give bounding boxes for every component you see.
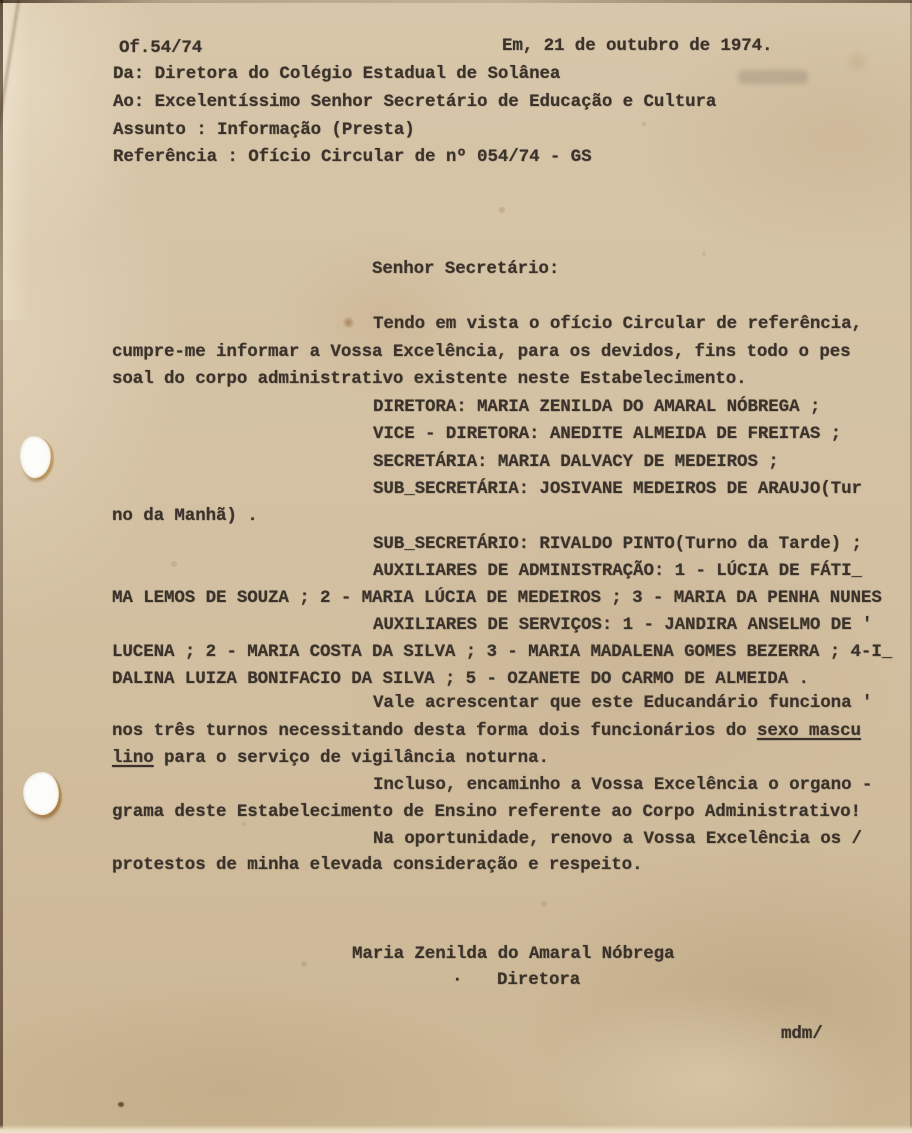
scan-edge-bottom: [0, 1125, 912, 1133]
punch-hole-bottom: [21, 771, 61, 817]
paragraph4-line1: Na oportunidade, renovo a Vossa Excelênc…: [373, 829, 862, 850]
dirt-speck: [118, 1102, 124, 1107]
header-doc-number: Of.54/74: [119, 38, 202, 59]
scanned-letter-page: Of.54/74 Em, 21 de outubro de 1974. Da: …: [0, 0, 912, 1133]
staff-aux-servicos-cont1: LUCENA ; 2 - MARIA COSTA DA SILVA ; 3 - …: [112, 642, 892, 663]
paper-crease-highlight: [0, 0, 30, 320]
staff-sub-secretaria: SUB_SECRETÁRIA: JOSIVANE MEDEIROS DE ARA…: [373, 479, 862, 500]
signature-name: Maria Zenilda do Amaral Nóbrega: [352, 944, 674, 965]
staff-sub-secretario: SUB_SECRETÁRIO: RIVALDO PINTO(Turno da T…: [373, 534, 862, 555]
paragraph2-line3: lino para o serviço de vigilância noturn…: [112, 748, 549, 769]
header-to: Ao: Excelentíssimo Senhor Secretário de …: [113, 92, 716, 113]
header-subject: Assunto : Informação (Presta): [113, 120, 415, 141]
salutation: Senhor Secretário:: [372, 259, 559, 280]
paragraph2-line2: nos três turnos necessitando desta forma…: [112, 721, 861, 742]
paragraph1-line3: soal do corpo administrativo existente n…: [112, 369, 747, 390]
scan-edge-top: [0, 0, 912, 3]
signature-bullet: ·: [452, 970, 462, 991]
paragraph2-line2-text: nos três turnos necessitando desta forma…: [112, 721, 757, 741]
staff-diretora: DIRETORA: MARIA ZENILDA DO AMARAL NÓBREG…: [373, 397, 820, 418]
staff-aux-servicos-cont2: DALINA LUIZA BONIFACIO DA SILVA ; 5 - OZ…: [112, 669, 809, 690]
paragraph3-line1: Incluso, encaminho a Vossa Excelência o …: [373, 775, 872, 796]
ghost-print-smudge: [738, 70, 808, 84]
staff-aux-administracao: AUXILIARES DE ADMINISTRAÇÃO: 1 - LÚCIA D…: [373, 561, 862, 582]
staff-secretaria: SECRETÁRIA: MARIA DALVACY DE MEDEIROS ;: [373, 452, 779, 473]
ink-stain: [343, 317, 354, 328]
paragraph1-line2: cumpre-me informar a Vossa Excelência, p…: [112, 342, 851, 363]
paragraph2-line2-underlined: sexo mascu: [757, 721, 861, 741]
paper-freckles: [0, 0, 4, 4]
paragraph1-line1: Tendo em vista o ofício Circular de refe…: [373, 314, 862, 335]
staff-aux-servicos: AUXILIARES DE SERVIÇOS: 1 - JANDIRA ANSE…: [373, 615, 872, 636]
staff-sub-secretaria-cont: no da Manhã) .: [112, 506, 258, 527]
scan-edge-left: [0, 0, 3, 1133]
paragraph2-line1: Vale acrescentar que este Educandário fu…: [373, 693, 872, 714]
typist-initials: mdm/: [781, 1024, 823, 1045]
header-from: Da: Diretora do Colégio Estadual de Solâ…: [113, 64, 560, 85]
staff-aux-administracao-cont: MA LEMOS DE SOUZA ; 2 - MARIA LÚCIA DE M…: [112, 588, 882, 609]
paragraph4-line2: protestos de minha elevada consideração …: [112, 855, 643, 876]
staff-vice-diretora: VICE - DIRETORA: ANEDITE ALMEIDA DE FREI…: [373, 424, 841, 445]
header-date: Em, 21 de outubro de 1974.: [502, 36, 772, 57]
punch-hole-top: [18, 434, 54, 479]
paragraph2-line3-text: para o serviço de vigilância noturna.: [154, 748, 549, 768]
header-reference: Referência : Ofício Circular de nº 054/7…: [113, 147, 591, 168]
signature-title: Diretora: [497, 970, 580, 991]
paragraph3-line2: grama deste Estabelecimento de Ensino re…: [112, 802, 861, 823]
paragraph2-line3-underlined: lino: [112, 748, 154, 768]
